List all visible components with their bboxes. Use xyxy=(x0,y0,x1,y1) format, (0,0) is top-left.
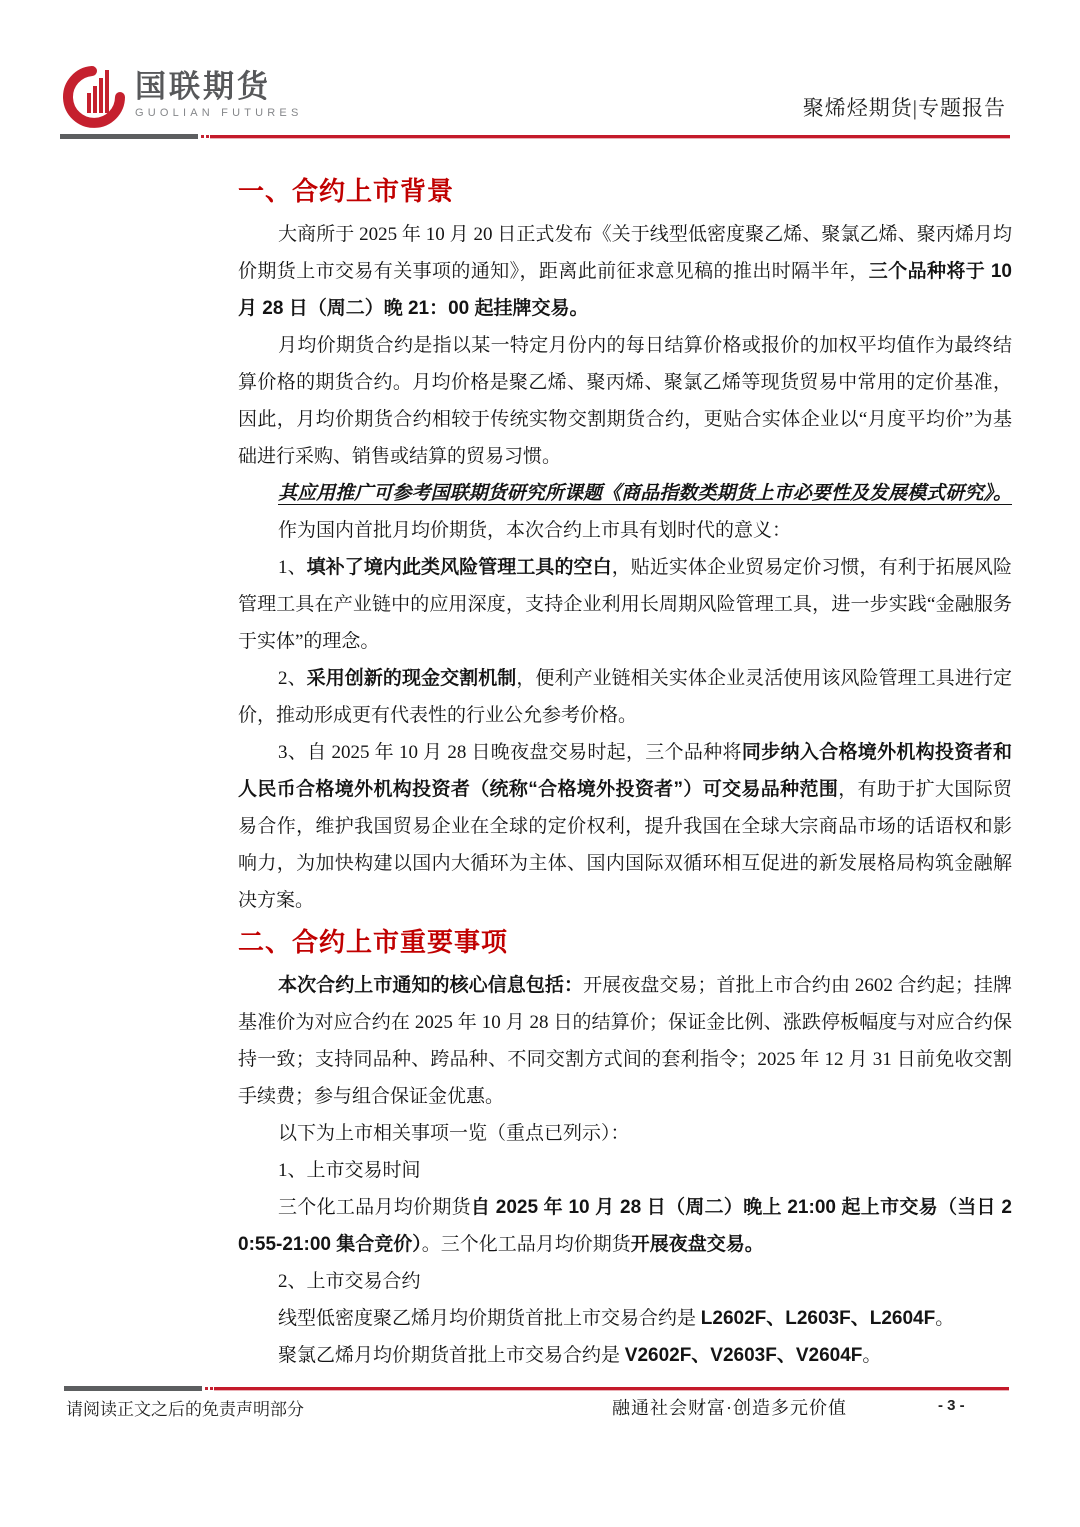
paragraph: 月均价期货合约是指以某一特定月份内的每日结算价格或报价的加权平均值作为最终结算价… xyxy=(238,327,1012,475)
divider-gray-segment xyxy=(60,134,198,139)
guolian-logo-icon xyxy=(62,64,126,130)
text-run: 1、 xyxy=(278,557,307,578)
text-run: 3、自 2025 年 10 月 28 日晚夜盘交易时起，三个品种将 xyxy=(278,742,742,763)
logo-text: 国联期货 GUOLIAN FUTURES xyxy=(135,64,303,119)
footer-slogan: 融通社会财富·创造多元价值 xyxy=(612,1394,847,1420)
text-run: 。三个化工品月均价期货 xyxy=(422,1234,631,1255)
company-logo: 国联期货 GUOLIAN FUTURES xyxy=(62,64,303,130)
text-run: V2602F、V2603F、V2604F xyxy=(625,1345,863,1366)
divider-dot xyxy=(210,1387,213,1390)
section-heading: 一、合约上市背景 xyxy=(238,172,1012,212)
divider-dot xyxy=(206,135,209,138)
document-body: 一、合约上市背景大商所于 2025 年 10 月 20 日正式发布《关于线型低密… xyxy=(238,172,1012,1374)
text-run: L2602F、L2603F、L2604F xyxy=(701,1308,935,1329)
paragraph: 2、采用创新的现金交割机制，便利产业链相关实体企业灵活使用该风险管理工具进行定价… xyxy=(238,660,1012,734)
page-number: - 3 - xyxy=(938,1397,965,1414)
logo-name-cn: 国联期货 xyxy=(135,70,303,104)
text-run: 月均价期货合约是指以某一特定月份内的每日结算价格或报价的加权平均值作为最终结算价… xyxy=(238,335,1012,467)
paragraph: 作为国内首批月均价期货，本次合约上市具有划时代的意义： xyxy=(238,512,1012,549)
text-run: 开展夜盘交易。 xyxy=(631,1234,764,1255)
text-run: 以下为上市相关事项一览（重点已列示）： xyxy=(278,1123,630,1144)
text-run: 1、上市交易时间 xyxy=(278,1160,421,1181)
text-run: 。 xyxy=(862,1345,881,1366)
footer-divider xyxy=(64,1386,1009,1392)
logo-name-en: GUOLIAN FUTURES xyxy=(135,107,303,119)
text-run: 线型低密度聚乙烯月均价期货首批上市交易合约是 xyxy=(278,1308,701,1329)
paragraph: 3、自 2025 年 10 月 28 日晚夜盘交易时起，三个品种将同步纳入合格境… xyxy=(238,734,1012,919)
paragraph: 聚氯乙烯月均价期货首批上市交易合约是 V2602F、V2603F、V2604F。 xyxy=(238,1337,1012,1374)
footer-disclaimer: 请阅读正文之后的免责声明部分 xyxy=(66,1395,304,1420)
paragraph: 以下为上市相关事项一览（重点已列示）： xyxy=(238,1115,1012,1152)
text-run: 2、上市交易合约 xyxy=(278,1271,421,1292)
paragraph: 大商所于 2025 年 10 月 20 日正式发布《关于线型低密度聚乙烯、聚氯乙… xyxy=(238,216,1012,327)
text-run: 。 xyxy=(935,1308,954,1329)
paragraph: 其应用推广可参考国联期货研究所课题《商品指数类期货上市必要性及发展模式研究》。 xyxy=(238,475,1012,512)
divider-dot xyxy=(201,135,204,138)
header-divider xyxy=(60,134,1010,140)
text-run: 作为国内首批月均价期货，本次合约上市具有划时代的意义： xyxy=(278,520,791,541)
text-run: 其应用推广可参考国联期货研究所课题《商品指数类期货上市必要性及发展模式研究》。 xyxy=(278,483,1012,504)
paragraph: 1、上市交易时间 xyxy=(238,1152,1012,1189)
text-run: 本次合约上市通知的核心信息包括： xyxy=(278,975,583,996)
paragraph: 三个化工品月均价期货自 2025 年 10 月 28 日（周二）晚上 21:00… xyxy=(238,1189,1012,1263)
paragraph: 本次合约上市通知的核心信息包括：开展夜盘交易；首批上市合约由 2602 合约起；… xyxy=(238,967,1012,1115)
paragraph: 1、填补了境内此类风险管理工具的空白，贴近实体企业贸易定价习惯，有利于拓展风险管… xyxy=(238,549,1012,660)
text-run: 三个化工品月均价期货 xyxy=(278,1197,471,1218)
report-type-label: 聚烯烃期货|专题报告 xyxy=(803,92,1006,122)
paragraph: 2、上市交易合约 xyxy=(238,1263,1012,1300)
text-run: 2、 xyxy=(278,668,307,689)
text-run: 填补了境内此类风险管理工具的空白 xyxy=(307,557,612,578)
section-heading: 二、合约上市重要事项 xyxy=(238,923,1012,963)
divider-dot xyxy=(205,1387,208,1390)
divider-red-segment xyxy=(214,1387,1009,1390)
paragraph: 线型低密度聚乙烯月均价期货首批上市交易合约是 L2602F、L2603F、L26… xyxy=(238,1300,1012,1337)
text-run: 采用创新的现金交割机制 xyxy=(307,668,517,689)
divider-gray-segment xyxy=(64,1386,202,1391)
report-page: 国联期货 GUOLIAN FUTURES 聚烯烃期货|专题报告 一、合约上市背景… xyxy=(0,0,1080,1527)
text-run: 聚氯乙烯月均价期货首批上市交易合约是 xyxy=(278,1345,625,1366)
divider-red-segment xyxy=(210,135,1010,138)
